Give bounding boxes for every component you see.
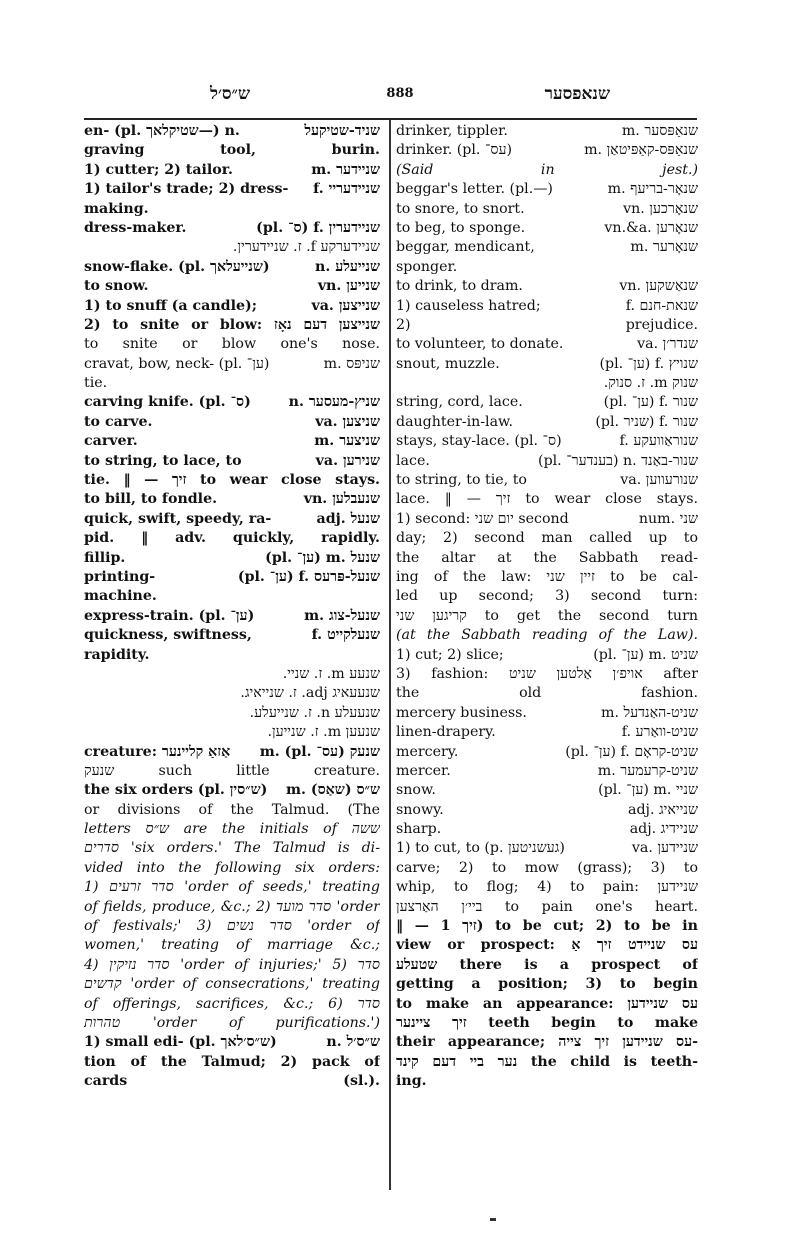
dictionary-line: drinker, tippler.m. שנאַפּסער (396, 122, 698, 141)
entry-definition: printing- (84, 568, 155, 587)
column-divider (389, 120, 391, 1190)
dictionary-line: ing of the law: זיין שני to be cal- (396, 568, 698, 587)
entry-definition: 1) to cut, to (p. געשניטען) (396, 839, 565, 858)
cross-reference-entry: שנעעלע n. ז. שנייעלע. (84, 704, 380, 723)
entry-headword: m. שניט-קרעמער (598, 762, 698, 781)
entry-headword: vn. שנייען (318, 277, 380, 296)
dictionary-line: שנעק such little creature. (84, 762, 380, 781)
left-column: en- (pl. שטיקלאך—) n.שניד-שטיקעלgraving … (84, 122, 380, 1092)
dictionary-line: ing. (396, 1072, 698, 1091)
entry-headword: (pl. ען־) m. שנעל (265, 549, 380, 568)
entry-definition: to beg, to sponge. (396, 219, 525, 238)
dictionary-line: tie. (84, 374, 380, 393)
dictionary-line: linen-drapery.f. שניט-וואַרע (396, 723, 698, 742)
entry-definition: 1) cutter; 2) tailor. (84, 161, 233, 180)
dictionary-line: whip, to flog; 4) to pain: שניידען (396, 878, 698, 897)
entry-headword: vn. שנעבלען (304, 490, 380, 509)
dictionary-line: express-train. (pl. ען־)m. שנעל-צוג (84, 607, 380, 626)
entry-headword: m. שנעל-צוג (304, 607, 380, 626)
dictionary-line: 3) fashion: אויפ׳ן אַלטען שניט after (396, 665, 698, 684)
dictionary-line: of fields, produce, &c.; 2) סדר מועד 'or… (84, 898, 380, 917)
entry-definition: to string, to tie, to (396, 471, 527, 490)
entry-definition: to bill, to fondle. (84, 490, 217, 509)
dictionary-line: tie. ‖ — זיך to wear close stays. (84, 471, 380, 490)
entry-headword: f. שניט-וואַרע (622, 723, 698, 742)
entry-definition: mercery. (396, 743, 458, 762)
dictionary-line: mercer.m. שניט-קרעמער (396, 762, 698, 781)
entry-definition: snout, muzzle. (396, 355, 500, 374)
dictionary-line: נער ביי דעם קינד the child is teeth- (396, 1053, 698, 1072)
entry-headword: adj. שנייאיג (628, 801, 698, 820)
entry-headword: (pl. בענדער־) n. שנור-באַנד (538, 452, 698, 471)
cross-reference-entry: שנעעאיג adj. ז. שנייאיג. (84, 684, 380, 703)
entry-definition: snow. (396, 781, 436, 800)
entry-headword: n. שניץ-מעסער (289, 393, 380, 412)
dictionary-line: שטעלע there is a prospect of (396, 956, 698, 975)
entry-definition: snowy. (396, 801, 444, 820)
entry-headword: f. שנעלקייט (312, 626, 380, 645)
dictionary-line: daughter-in-law.(pl. שניר) f. שנור (396, 413, 698, 432)
entry-headword: (pl. ען־) f. שנור (604, 393, 698, 412)
entry-headword: (pl. ען־) m. שניט (593, 646, 698, 665)
dictionary-line: beggar, mendicant,m. שנאָרער (396, 238, 698, 257)
dictionary-line: (Said in jest.) (396, 161, 698, 180)
dictionary-line: en- (pl. שטיקלאך—) n.שניד-שטיקעל (84, 122, 380, 141)
dictionary-line: 1) cutter; 2) tailor.m. שניידער (84, 161, 380, 180)
cross-reference-entry: שניידערקע f. ז. שניידערין. (84, 238, 380, 257)
entry-definition: fillip. (84, 549, 125, 568)
dictionary-line: drinker. (pl. עס־)m. שנאַפּס-קאַפּיטאַן (396, 141, 698, 160)
dictionary-line: sharp.adj. שניידיג (396, 820, 698, 839)
dictionary-line: 2) prejudice. (396, 316, 698, 335)
entry-definition: snow-flake. (pl. שנייעלאך) (84, 258, 270, 277)
dictionary-line: 1) small edi- (pl. ש״ס׳לאך)n. ש״ס׳ל (84, 1033, 380, 1052)
dictionary-line: creature: אַזאַ קליינערm. (pl. עס־) שנעק (84, 743, 380, 762)
entry-definition: 1) cut; 2) slice; (396, 646, 504, 665)
dictionary-line: sponger. (396, 258, 698, 277)
entry-headword: va. שניידען (632, 839, 698, 858)
entry-headword: m. שניפּס (324, 355, 380, 374)
entry-definition: to snore, to snort. (396, 200, 525, 219)
entry-headword: m. שניידער (311, 161, 380, 180)
dictionary-line: getting a position; 3) to begin (396, 975, 698, 994)
dictionary-line: 2) to snite or blow: שנייצען דעם נאָז (84, 316, 380, 335)
right-guide-word: שנאפסער (545, 84, 610, 104)
dictionary-line: tion of the Talmud; 2) pack of (84, 1053, 380, 1072)
entry-definition: beggar's letter. (pl.—) (396, 180, 553, 199)
dictionary-line: 1) סדר זרעים 'order of seeds,' treating (84, 878, 380, 897)
dictionary-line: to string, to lace, tova. שנירען (84, 452, 380, 471)
page-header: ש״ס׳ל 888 שנאפסער (80, 84, 720, 114)
entry-definition: drinker. (pl. עס־) (396, 141, 512, 160)
entry-headword: m. שנאָר-בריעף (608, 180, 698, 199)
dictionary-line: graving tool, burin. (84, 141, 380, 160)
entry-headword: (pl. ען־) f. שנויץ (600, 355, 698, 374)
entry-definition: to snow. (84, 277, 148, 296)
dictionary-line: making. (84, 200, 380, 219)
dictionary-line: to snite or blow one's nose. (84, 335, 380, 354)
dictionary-line: their appearance; עס שניידען זיך צייה- (396, 1033, 698, 1052)
dictionary-line: טהרות 'order of purifications.') (84, 1014, 380, 1033)
entry-headword: m. שניט-האַנדעל (601, 704, 698, 723)
entry-definition: mercer. (396, 762, 451, 781)
dictionary-line: 1) to cut, to (p. געשניטען)va. שניידען (396, 839, 698, 858)
entry-headword: num. שני (639, 510, 698, 529)
dictionary-line: beggar's letter. (pl.—)m. שנאָר-בריעף (396, 180, 698, 199)
dictionary-line: snowy.adj. שנייאיג (396, 801, 698, 820)
dictionary-line: סדרים 'six orders.' The Talmud is di- (84, 839, 380, 858)
dictionary-line: to drink, to dram.vn. שנאַשקען (396, 277, 698, 296)
cross-reference-entry: שנעען m. ז. שנייען. (84, 723, 380, 742)
entry-definition: linen-drapery. (396, 723, 496, 742)
dictionary-line: קריגען שני to get the second turn (396, 607, 698, 626)
dictionary-line: snow.(pl. ען־) m. שניי (396, 781, 698, 800)
dictionary-line: to bill, to fondle.vn. שנעבלען (84, 490, 380, 509)
dictionary-line: to snow.vn. שנייען (84, 277, 380, 296)
dictionary-line: זיך ציינער teeth begin to make (396, 1014, 698, 1033)
dictionary-line: snow-flake. (pl. שנייעלאך)n. שנייעלע (84, 258, 380, 277)
dictionary-line: cravat, bow, neck- (pl. ען־)m. שניפּס (84, 355, 380, 374)
entry-headword: adj. שניידיג (630, 820, 698, 839)
dictionary-line: fillip.(pl. ען־) m. שנעל (84, 549, 380, 568)
dictionary-line: pid. ‖ adv. quickly, rapidly. (84, 529, 380, 548)
entry-definition: dress-maker. (84, 219, 186, 238)
entry-headword: (pl. שניר) f. שנור (595, 413, 698, 432)
footer-mark (490, 1218, 496, 1221)
entry-definition: creature: אַזאַ קליינער (84, 743, 230, 762)
entry-headword: va. שנדר׳ן (637, 335, 698, 354)
entry-headword: (pl. ען־) m. שניי (598, 781, 698, 800)
dictionary-line: mercery.(pl. ען־) f. שניט-קראָם (396, 743, 698, 762)
entry-definition: beggar, mendicant, (396, 238, 535, 257)
entry-definition: sharp. (396, 820, 441, 839)
entry-definition: to drink, to dram. (396, 277, 523, 296)
dictionary-line: (at the Sabbath reading of the Law). (396, 626, 698, 645)
entry-headword: m. (pl. עס־) שנעק (260, 743, 380, 762)
dictionary-line: day; 2) second man called up to (396, 529, 698, 548)
dictionary-line: ‖ — זיך 1) to be cut; 2) to be in (396, 917, 698, 936)
entry-headword: m. שנאַפּס-קאַפּיטאַן (584, 141, 698, 160)
dictionary-line: stays, stay-lace. (pl. ס־)f. שנוראַוועקע (396, 432, 698, 451)
dictionary-line: quickness, swiftness,f. שנעלקייט (84, 626, 380, 645)
entry-headword: f. שנאת-חנם (626, 297, 698, 316)
entry-headword: m. שניצער (314, 432, 380, 451)
cross-reference-entry: שנעע m. ז. שניי. (84, 665, 380, 684)
entry-definition: quick, swift, speedy, ra- (84, 510, 271, 529)
entry-definition: carving knife. (pl. ס־) (84, 393, 251, 412)
dictionary-line: view or prospect: עס שניידט זיך אַ (396, 936, 698, 955)
dictionary-line: women,' treating of marriage &c.; (84, 936, 380, 955)
entry-headword: vn.&a. שנאָרען (604, 219, 698, 238)
dictionary-line: the altar at the Sabbath read- (396, 549, 698, 568)
entry-headword: (pl. ס־) f. שניידערין (256, 219, 380, 238)
dictionary-line: to volunteer, to donate.va. שנדר׳ן (396, 335, 698, 354)
entry-definition: carver. (84, 432, 138, 451)
dictionary-line: 4) סדר נזיקין 'order of injuries;' 5) סד… (84, 956, 380, 975)
dictionary-line: vided into the following six orders: (84, 859, 380, 878)
entry-definition: express-train. (pl. ען־) (84, 607, 254, 626)
entry-headword: m. שנאַפּסער (622, 122, 698, 141)
dictionary-line: mercery business.m. שניט-האַנדעל (396, 704, 698, 723)
entry-definition: 1) small edi- (pl. ש״ס׳לאך) (84, 1033, 277, 1052)
entry-definition: drinker, tippler. (396, 122, 508, 141)
dictionary-line: to carve.va. שניצען (84, 413, 380, 432)
entry-definition: daughter-in-law. (396, 413, 513, 432)
dictionary-line: of festivals;' 3) סדר נשים 'order of (84, 917, 380, 936)
left-guide-word: ש״ס׳ל (210, 84, 250, 104)
entry-definition: cravat, bow, neck- (pl. ען־) (84, 355, 269, 374)
entry-definition: 1) tailor's trade; 2) dress- (84, 180, 288, 199)
entry-headword: va. שנורעווען (620, 471, 698, 490)
entry-definition: quickness, swiftness, (84, 626, 252, 645)
entry-definition: stays, stay-lace. (pl. ס־) (396, 432, 562, 451)
entry-headword: n. ש״ס׳ל (326, 1033, 380, 1052)
dictionary-line: carver.m. שניצער (84, 432, 380, 451)
entry-headword: שניד-שטיקעל (304, 122, 380, 141)
dictionary-line: קדשים 'order of consecrations,' treating (84, 975, 380, 994)
dictionary-line: 1) causeless hatred;f. שנאת-חנם (396, 297, 698, 316)
dictionary-line: carving knife. (pl. ס־)n. שניץ-מעסער (84, 393, 380, 412)
dictionary-line: lace.(pl. בענדער־) n. שנור-באַנד (396, 452, 698, 471)
dictionary-line: to make an appearance: עס שניידען (396, 995, 698, 1014)
entry-definition: the six orders (pl. ש״סין) (84, 781, 267, 800)
dictionary-line: 1) tailor's trade; 2) dress-f. שניידעריי (84, 180, 380, 199)
dictionary-line: rapidity. (84, 646, 380, 665)
dictionary-line: dress-maker.(pl. ס־) f. שניידערין (84, 219, 380, 238)
entry-headword: n. שנייעלע (315, 258, 380, 277)
entry-headword: f. שנוראַוועקע (620, 432, 698, 451)
dictionary-line: the old fashion. (396, 684, 698, 703)
entry-headword: (pl. ען־) f. שניט-קראָם (565, 743, 698, 762)
entry-definition: lace. (396, 452, 430, 471)
dictionary-line: of offerings, sacrifices, &c.; 6) סדר (84, 995, 380, 1014)
entry-headword: vn. שנאָרכען (623, 200, 698, 219)
dictionary-line: machine. (84, 587, 380, 606)
entry-definition: to string, to lace, to (84, 452, 242, 471)
entry-headword: f. שניידעריי (313, 180, 380, 199)
dictionary-line: string, cord, lace.(pl. ען־) f. שנור (396, 393, 698, 412)
entry-headword: adj. שנעל (317, 510, 380, 529)
dictionary-line: ביי׳ן האַרצען to pain one's heart. (396, 898, 698, 917)
entry-headword: va. שנירען (316, 452, 380, 471)
dictionary-line: 1) cut; 2) slice;(pl. ען־) m. שניט (396, 646, 698, 665)
dictionary-line: to snore, to snort.vn. שנאָרכען (396, 200, 698, 219)
dictionary-line: letters ש״ס are the initials of ששה (84, 820, 380, 839)
dictionary-line: the six orders (pl. ש״סין)m. (שאַס) ש״ס (84, 781, 380, 800)
dictionary-line: to beg, to sponge.vn.&a. שנאָרען (396, 219, 698, 238)
entry-headword: m. שנאָרער (630, 238, 698, 257)
dictionary-line: 1) to snuff (a candle);va. שנייצען (84, 297, 380, 316)
entry-definition: string, cord, lace. (396, 393, 523, 412)
entry-definition: mercery business. (396, 704, 527, 723)
dictionary-line: led up second; 3) second turn: (396, 587, 698, 606)
entry-headword: m. (שאַס) ש״ס (286, 781, 380, 800)
dictionary-line: printing-(pl. ען־) f. שנעל-פּרעס (84, 568, 380, 587)
dictionary-line: carve; 2) to mow (grass); 3) to (396, 859, 698, 878)
cross-reference-entry: שנוק m. ז. סנוק. (396, 374, 698, 393)
page-number: 888 (350, 86, 450, 101)
dictionary-line: snout, muzzle.(pl. ען־) f. שנויץ (396, 355, 698, 374)
entry-definition: 1) second: יום שני second (396, 510, 569, 529)
right-column: drinker, tippler.m. שנאַפּסערdrinker. (p… (396, 122, 698, 1092)
entry-headword: va. שנייצען (311, 297, 380, 316)
entry-definition: 1) causeless hatred; (396, 297, 541, 316)
entry-headword: (pl. ען־) f. שנעל-פּרעס (238, 568, 380, 587)
dictionary-line: cards (sl.). (84, 1072, 380, 1091)
dictionary-line: or divisions of the Talmud. (The (84, 801, 380, 820)
entry-headword: va. שניצען (315, 413, 380, 432)
dictionary-line: quick, swift, speedy, ra-adj. שנעל (84, 510, 380, 529)
dictionary-line: 1) second: יום שני secondnum. שני (396, 510, 698, 529)
dictionary-line: lace. ‖ — זיך to wear close stays. (396, 490, 698, 509)
entry-definition: to volunteer, to donate. (396, 335, 563, 354)
entry-headword: vn. שנאַשקען (619, 277, 698, 296)
entry-definition: en- (pl. שטיקלאך—) n. (84, 122, 240, 141)
entry-definition: to carve. (84, 413, 152, 432)
entry-definition: 1) to snuff (a candle); (84, 297, 257, 316)
dictionary-line: to string, to tie, tova. שנורעווען (396, 471, 698, 490)
